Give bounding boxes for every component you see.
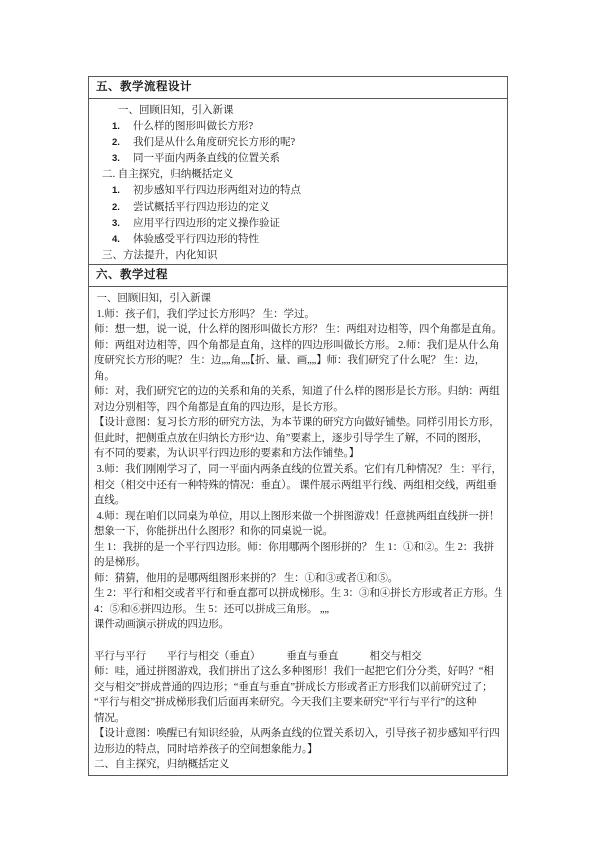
outline-line: 1.什么样的图形叫做长方形? <box>89 119 507 135</box>
blank-line <box>94 633 502 649</box>
outline-text: 一、回顾旧知，引入新课 <box>118 103 234 119</box>
outline-line: 二. 自主探究，归纳概括定义 <box>89 167 507 183</box>
outline-line: 一、回顾旧知，引入新课 <box>89 103 507 119</box>
text-line: 师：两组对边相等，四个角都是直角，这样的四边形叫做长方形。 2.师：我们是从什么… <box>94 338 502 354</box>
outline-line: 3.同一平面内两条直线的位置关系 <box>89 151 507 167</box>
outline-line: 4.体验感受平行四边形的特性 <box>89 232 507 248</box>
text-line: 但此时，把侧重点放在归纳长方形“边、角”要素上，逐步引导学生了解，不同的图形， <box>94 431 502 447</box>
section5-title: 五、教学流程设计 <box>89 77 507 98</box>
process-cell: 一、回顾旧知，引入新课 1.师：孩子们，我们学过长方形吗？ 生：学过。师：想一想… <box>89 286 507 775</box>
text-line: 课件动画演示拼成的四边形。 <box>94 617 502 633</box>
text-line: 一、回顾旧知，引入新课 <box>94 291 502 307</box>
outline-text: 初步感知平行四边形两组对边的特点 <box>133 183 301 199</box>
text-line: 想象一下，你能拼出什么图形？和你的同桌说一说。 <box>94 524 502 540</box>
outline-marker: 2. <box>112 135 124 151</box>
text-line: 边形边的特点，同时培养孩子的空间想象能力。】 <box>94 742 502 758</box>
text-line: 对边分别相等，四个角都是直角的四边形，是长方形。 <box>94 400 502 416</box>
outline-line: 2.尝试概括平行四边形边的定义 <box>89 200 507 216</box>
text-line: 直线。 <box>94 493 502 509</box>
outline-text: 同一平面内两条直线的位置关系 <box>133 151 280 167</box>
outline-marker: 2. <box>112 200 124 216</box>
outline-marker: 3. <box>112 216 124 232</box>
lesson-plan-table: 五、教学流程设计 一、回顾旧知，引入新课1.什么样的图形叫做长方形?2.我们是从… <box>88 76 508 776</box>
outline-cell: 一、回顾旧知，引入新课1.什么样的图形叫做长方形?2.我们是从什么角度研究长方形… <box>89 98 507 264</box>
text-line: 交与相交”拼成普通的四边形；“垂直与垂直”拼成长方形或者正方形我们以前研究过了； <box>94 680 502 696</box>
section6-title: 六、教学过程 <box>89 264 507 286</box>
outline-line: 2.我们是从什么角度研究长方形的呢? <box>89 135 507 151</box>
text-line: 【设计意图：唤醒已有知识经验，从两条直线的位置关系切入，引导孩子初步感知平行四 <box>94 726 502 742</box>
text-line: 生 1：我拼的是一个平行四边形。师：你用哪两个图形拼的？ 生 1：①和②。生 2… <box>94 540 502 556</box>
text-line: 度研究长方形的呢？ 生：边„„角„„【折、量、画„„】师：我们研究了什么呢？ 生… <box>94 353 502 369</box>
text-line: 有不同的要素，为认识平行四边形的要素和方法作铺垫。】 <box>94 446 502 462</box>
outline-text: 应用平行四边形的定义操作验证 <box>133 216 280 232</box>
text-line: 相交（相交中还有一种特殊的情况：垂直）。 课件展示两组平行线、两组相交线，两组垂 <box>94 478 502 494</box>
text-line: 【设计意图：复习长方形的研究方法，为本节课的研究方向做好铺垫。同样引用长方形， <box>94 415 502 431</box>
text-line: 4.师：现在咱们以同桌为单位，用以上图形来做一个拼图游戏！任意挑两组直线拼一拼！ <box>94 509 502 525</box>
text-line: “平行与相交”拼成梯形我们后面再来研究。今天我们主要来研究“平行与平行”的这种 <box>94 695 502 711</box>
outline-text: 体验感受平行四边形的特性 <box>133 232 259 248</box>
outline-marker: 3. <box>112 151 124 167</box>
outline-marker: 1. <box>112 119 124 135</box>
text-line: 4：⑤和⑥拼四边形。 生 5：还可以拼成三角形。 „„ <box>94 602 502 618</box>
text-line: 角。 <box>94 369 502 385</box>
outline-line: 3.应用平行四边形的定义操作验证 <box>89 216 507 232</box>
text-line: 的是梯形。 <box>94 555 502 571</box>
document-page: { "colors": { "background": "#ffffff", "… <box>0 0 595 842</box>
text-line: 情况。 <box>94 711 502 727</box>
outline-marker: 1. <box>112 183 124 199</box>
outline-text: 我们是从什么角度研究长方形的呢? <box>133 135 295 151</box>
outline-text: 二. 自主探究，归纳概括定义 <box>102 167 233 183</box>
text-line: 平行与平行 平行与相交（垂直） 垂直与垂直 相交与相交 <box>94 649 502 665</box>
outline-marker: 4. <box>112 232 124 248</box>
text-line: 3.师：我们刚刚学习了，同一平面内两条直线的位置关系。它们有几种情况？ 生：平行… <box>94 462 502 478</box>
outline-text: 尝试概括平行四边形边的定义 <box>133 200 270 216</box>
text-line: 生 2：平行和相交或者平行和垂直都可以拼成梯形。生 3：③和④拼长方形或者正方形… <box>94 586 502 602</box>
outline-line: 1.初步感知平行四边形两组对边的特点 <box>89 183 507 199</box>
text-line: 师：哇，通过拼图游戏，我们拼出了这么多种图形！我们一起把它们分分类，好吗？“相 <box>94 664 502 680</box>
outline-text: 三、方法提升，内化知识 <box>102 248 218 264</box>
outline-text: 什么样的图形叫做长方形? <box>133 119 253 135</box>
text-line: 师：想一想，说一说，什么样的图形叫做长方形？ 生：两组对边相等，四个角都是直角。 <box>94 322 502 338</box>
text-line: 二、自主探究，归纳概括定义 <box>94 757 502 773</box>
text-line: 师：猜猜，他用的是哪两组图形来拼的？ 生：①和③或者①和⑤。 <box>94 571 502 587</box>
text-line: 师：对，我们研究它的边的关系和角的关系，知道了什么样的图形是长方形。归纳：两组 <box>94 384 502 400</box>
outline-line: 三、方法提升，内化知识 <box>89 248 507 264</box>
text-line: 1.师：孩子们，我们学过长方形吗？ 生：学过。 <box>94 307 502 323</box>
